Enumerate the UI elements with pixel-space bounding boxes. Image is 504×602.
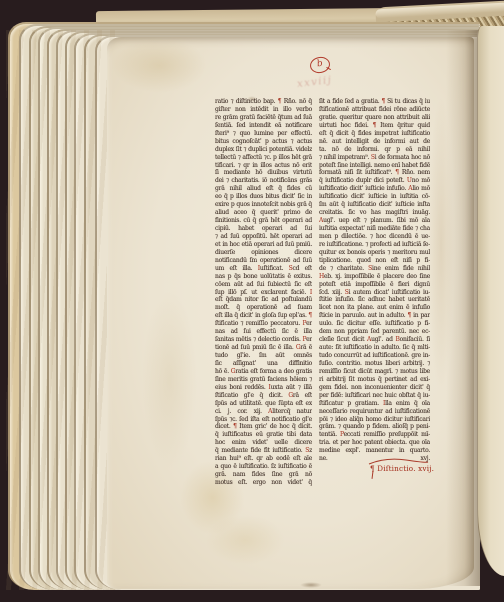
text-line: ſi mediante hō diuibus virtutū videlz fi… [215,169,312,177]
text-line: q̄ iuſtificatus eū gratie tibi data eſt. [215,431,312,439]
text-line: ſit a fide ſed a gratia. ¶ Si tu dicas q… [319,98,430,106]
text-line: de ⁊ charitate. Sine enim fide nihil [319,265,430,273]
text-line: duplex ſit ⁊ duplici potentiā. videlz ī … [215,146,312,154]
text-line: creitatis. ſic vo has magiſtri inuāg. [319,209,430,217]
text-line: ta. nō de informi. qr p eā nihil meremur [319,146,430,154]
text-line: poteſt ſine intelligi. nemo enī habet fi… [319,162,430,170]
text-line: eſt q̄dam nitor ſic ad poſtulandū faciēs [215,296,312,304]
text-line: et in hoc etiā operari ad ſuū pmiū. pōt [215,241,312,249]
text-line: exire p quos innoteſcit nobis grā q̄ pri… [215,201,312,209]
text-line: grā. nam fides ſine grā nō iuſtificat. i… [215,471,312,479]
text-line: tudo concurrūt ad iuſtificationē. gre in… [319,352,430,360]
text-line: eo q̄ p illos duos bitus dicit' ſic in a… [215,193,312,201]
text-line: re iuſtificatione. ⁊ profecti ad iuſtici… [319,241,430,249]
text-line: eius boni reddēs. Iuxta aūt ⁊ illā iu- [215,384,312,392]
text-line: a quo ē iuſtificatio. ſz iuſtificatio ē … [215,463,312,471]
distinctio-rubric: ¶ Diſtinctio. xvij. [370,464,434,473]
text-line: ſpūs ⁊c. ſed iſta eſt notificatio gl'e g… [215,416,312,424]
text-line: grā nihil aliud eſt q̄ fides cū dilectiō… [215,185,312,193]
text-line: tria. et per hoc patent obiecta. que oīa [319,439,430,447]
rubric-mark: ¶ [308,312,312,319]
text-line: ſtitie infuſio. ſic adhuc habet ueritatē [319,296,430,304]
text-line: uirtuti hoc fidei. ¶ Item q̄ritur quid [319,122,430,130]
text-line: tionē ad ſuū pmiū ſic ē illa. Grā ē grat… [215,344,312,352]
text-line: ſpūs ad utilitatē. que ſūpta eſt ex uerb… [215,400,312,408]
text-line: hō ē. Gratia eſt forma a deo gratis data [215,368,312,376]
text-line: bitus cognoſcāt' p actus ⁊ actus gratie [215,138,312,146]
text-line: ſtificatur p gratiam. Illa enim q̄ oīa [319,400,430,408]
text-line: cōem aūt ad ſui ſubiectū ſic eſt dicere … [215,281,312,289]
photograph-of-open-incunable: b xxviij ratio ⁊ diſtinctio bap. ¶ Rño. … [0,0,504,602]
text-line: rian hui⁹ eſt. qr ab eodē eſt aīe iuſtif… [215,455,312,463]
text-line: Heb. xj. impoſſibile ē placere deo ſine [319,273,430,281]
text-line: ratio ⁊ diſtinctio bap. ¶ Rño. nō q̄ ma- [215,98,312,106]
text-line: ſup illō pſ. ut exclarent faciē. I oleum [215,289,312,297]
text-line: ſcd. xiij. Si autem dicat' iuſtificatio … [319,289,430,297]
text-line: ſtificationē attribuat fidei rōne adiūct… [319,106,430,114]
text-line: fuſio. contritio. motus liberi arbitrij.… [319,360,430,368]
text-column-right: ſit a fide ſed a gratia. ¶ Si tu dicas q… [319,98,430,463]
text-line: finitionis. cū q̄ grā hēt operari ad ſuū… [215,217,312,225]
text-line: eſt illa q̄ dicit' in gloſa ſup epl'as. … [215,312,312,320]
text-line: cleſie ſicut dicit Augl'. ad Bonifaciū. … [319,336,430,344]
text-line: giſter non intēdit in illo verbo notific… [215,106,312,114]
text-line: dicet. ¶ Item gric' de hoc q̄ dicit. [215,423,312,431]
text-line: medine expl'. manentur in quarto. diſtīc… [319,447,430,455]
text-line: remiſſio ſicut dicūt magrī. ⁊ motus libe [319,368,430,376]
text-line: ſic aſſignat' una diffinitio magiſtralis… [215,360,312,368]
text-line: formatā niſi ſit iuſtificat⁹. ¶ Rño. nem [319,169,430,177]
text-line: ſticie in paruulo. aut in adulto. ¶ in p… [319,312,430,320]
text-line: men p dilectiōe. ⁊ hoc dicendū ē ue- [319,233,430,241]
text-line: iuſtitia expectat' niſi mediāte fide ⁊ c… [319,225,430,233]
text-line: ſtificatio ⁊ remiſſio peccatoru. Per pſo… [215,320,312,328]
rubric-mark: I [310,289,312,296]
text-line: aute: ſit iuſtificatio in adulto. ſic q̄… [319,344,430,352]
text-line: licet non ita plane. aut enim ē infuſio … [319,304,430,312]
text-line: aliud aceo q̄ querit' primo de gratia di… [215,209,312,217]
text-line: nas p q̄s bone uolūtatis ē exitus. opatō [215,273,312,281]
text-line: nē. aut intelligit de informi aut de for… [319,138,430,146]
text-line: ſteri⁹ ⁊ quo lumine per effectū. cum ei⁹ [215,130,312,138]
text-line: q̄ iuſtificatio duplr dici poteſt. Uno m… [319,177,430,185]
text-line: ſentiā. ſed intendit eā notificare q̄ſi … [215,122,312,130]
text-line: uulo. ſic dicitur eſſe. iuſtificatio p f… [319,320,430,328]
text-line: tentiā. Peccati remiſſio preſuppōit mī- [319,431,430,439]
text-line: grām. ⁊ quando p fidem. alioſq̄ p peni- [319,423,430,431]
text-column-left: ratio ⁊ diſtinctio bap. ¶ Rño. nō q̄ ma-… [215,98,312,487]
gutter-shadow [446,30,480,586]
text-line: ci. j. cor. xij. Alitercq̄ natur manifeſ… [215,408,312,416]
text-line: gratie. queritur quare non attribuit ali… [319,114,430,122]
text-line: tificari. ⁊ qr in illos actus nō erit gr… [215,162,312,170]
text-line: ſanitas mētis ⁊ delectio cordis. Per opa… [215,336,312,344]
text-line: tiplicatione. quod non eſt niſi p fi- [319,257,430,265]
text-line: Augl'. uep eſt ⁊ planum. ſibi mō aīa [319,217,430,225]
text-line: neceſſario requiruntur ad iuſtificationē [319,408,430,416]
text-line: pōi ⁊ ideo aliq̄n homo dicitur iuſtifica… [319,416,430,424]
text-line: hoc enim videt' uelle dicere auguſt. ſic [215,439,312,447]
text-line: diuerſe opiniones dicere repugnātes ⁊ [215,249,312,257]
text-line: moſt. q̄ operationē ad ſuam oppoſitū [215,304,312,312]
text-line: ſtificatio gl'e q̄ dicit. Grā eſt manife… [215,392,312,400]
text-line: re grām gratū faciētē q̄tum ad ſuā eſ- [215,114,312,122]
text-line: ⁊ ad ſuū oppoſitū. hēt operari ad ſuos [215,233,312,241]
text-line: poteſt etiā impoſſibile ē fieri dignū [319,281,430,289]
text-line: dei ⁊ charitatis. iō notificāns grās dic… [215,177,312,185]
text-line: notificandū ſm operationē ad ſuū prīcipi [215,257,312,265]
text-line: ri arbitrij ſit motus q̄ pertinet ad exi… [319,376,430,384]
text-line: cipiū. habet operari ad ſui ſubiectū ⁊ i… [215,225,312,233]
text-line: ſm aūt q̄ iuſtificatio dicit' iuſticie i… [319,201,430,209]
text-line: ſine meritis gratū faciens hōiem ⁊ opa [215,376,312,384]
text-line: gem fidei. non inconuenienter dicit' q̄ [319,384,430,392]
text-line: eſt q̄ dicit q̄ fides impetrat iuſtifica… [319,130,430,138]
text-line: per fidē: iuſtificari nec huic obſtat q̄… [319,392,430,400]
text-line: um eſt illa. Iuſtificat. Scd eſt dicere … [215,265,312,273]
text-line: dem non ppriam ſed parentū. nec ec- [319,328,430,336]
facing-page-sliver [477,26,504,576]
text-line: quitur ex bonois operis ⁊ meritoru mul [319,249,430,257]
text-line: motus eſt. ergo non videt' q̄ iuſtificat… [215,479,312,487]
text-line: ⁊ nihil impetram⁹. Si de formata hoc nō [319,154,430,162]
text-line: iuſtificatio dicit' iuſticie in iuſtitia… [319,193,430,201]
text-line: tudo gl'ie. ſm aūt omnēs cōparatiōes [215,352,312,360]
text-line: tellectū ⁊ affectū ⁊c. p illos hēt grā n… [215,154,312,162]
text-line: iuſtificatio dicit' iuſticie infuſio. Al… [319,185,430,193]
text-line: q̄ mediante fide fit iuſtificatio. Sz cō… [215,447,312,455]
text-line: nas ad ſui effectū ſic ē illa Chryſoſt. … [215,328,312,336]
